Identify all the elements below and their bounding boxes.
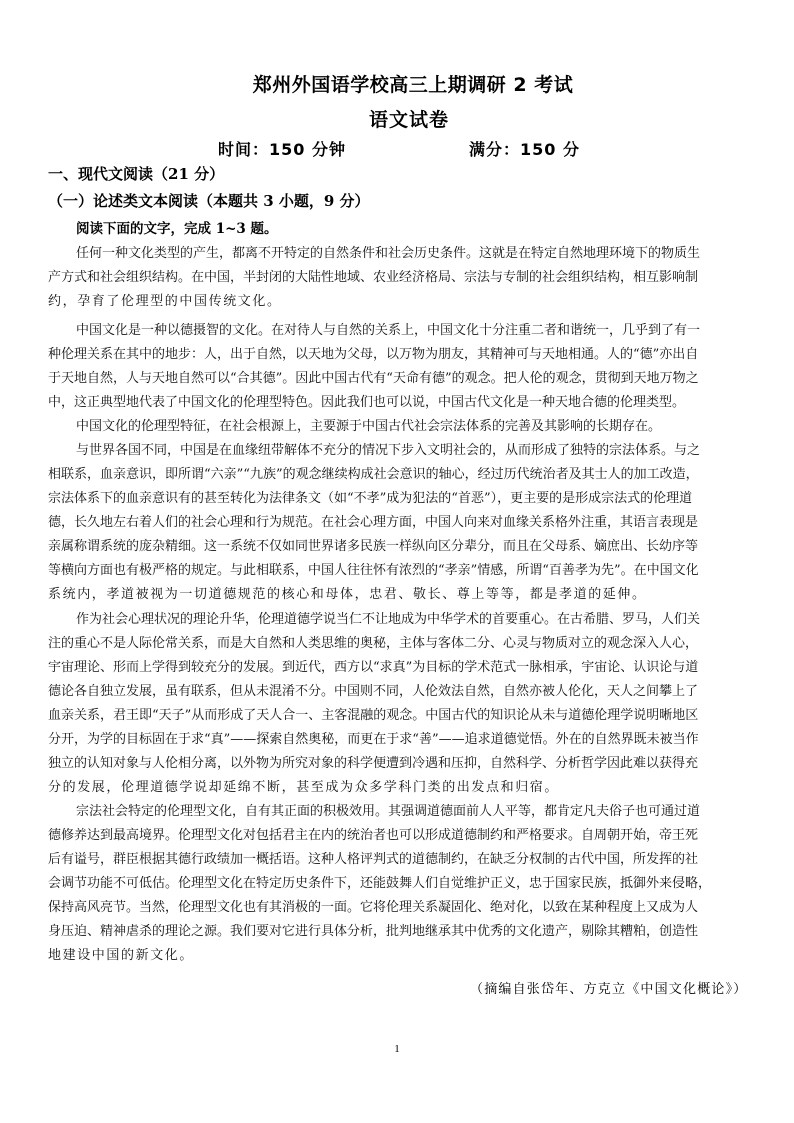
passage-line: 系统内，孝道被视为一切道德规范的核心和母体，忠君、敬长、尊上等等，都是孝道的延伸… (48, 586, 748, 604)
passage-line: 德，长久地左右着人们的社会心理和行为规范。在社会心理方面，中国人向来对血缘关系格… (48, 514, 748, 532)
passage-line: 会调节功能不可低估。伦理型文化在特定历史条件下，还能鼓舞人们自觉维护正义，忠于国… (48, 875, 748, 893)
section-subheading: （一）论述类文本阅读（本题共 3 小题，9 分） (48, 190, 370, 211)
passage-line: 分的发展，伦理道德学说却延绵不断，甚至成为众多学科门类的出发点和归宿。 (48, 779, 748, 797)
passage-line: 中，这正典型地代表了中国文化的伦理型特色。因此我们也可以说，中国古代文化是一种天… (48, 394, 748, 412)
passage-line: 亲属称谓系统的庞杂精细。这一系统不仅如同世界诸多民族一样纵向区分辈分，而且在父母… (48, 538, 748, 556)
passage-line: 中国文化的伦理型特征，在社会根源上，主要源于中国古代社会宗法体系的完善及其影响的… (76, 418, 748, 436)
passage-line: 身压迫、精神虐杀的理论之源。我们要对它进行具体分析，批判地继承其中优秀的文化遗产… (48, 923, 748, 941)
page-number: 1 (0, 1043, 794, 1055)
passage-line: 与世界各国不同，中国是在血缘纽带解体不充分的情况下步入文明社会的，从而形成了独特… (76, 442, 748, 460)
passage-line: 地建设中国的新文化。 (48, 947, 748, 965)
passage-line: 约，孕育了伦理型的中国传统文化。 (48, 293, 748, 311)
passage-line: 德修养达到最高境界。伦理型文化对包括君主在内的统治者也可以形成道德制约和严格要求… (48, 827, 748, 845)
passage-line: 相联系，血亲意识，即所谓“六亲”“九族”的观念继续构成社会意识的轴心，经过历代统… (48, 466, 748, 484)
exam-page: 郑州外国语学校高三上期调研 2 考试 语文试卷 时间：150 分钟 满分：150… (0, 0, 794, 1123)
time-limit: 时间：150 分钟 (218, 137, 346, 160)
passage-line: 任何一种文化类型的产生，都离不开特定的自然条件和社会历史条件。这就是在特定自然地… (76, 245, 748, 263)
passage-line: 宇宙理论、形而上学得到较充分的发展。到近代，西方以“求真”为目标的学术范式一脉相… (48, 659, 748, 677)
passage-line: 后有谥号，群臣根据其德行政绩加一概括语。这种人格评判式的道德制约，在缺乏分权制的… (48, 851, 748, 869)
passage-line: 宗法社会特定的伦理型文化，自有其正面的积极效用。其强调道德面前人人平等，都肯定凡… (76, 803, 748, 821)
passage-line: 宗法体系下的血亲意识有的甚至转化为法律条文（如“不孝”成为犯法的“首恶”），更主… (48, 490, 748, 508)
passage-line: 于天地自然，人与天地自然可以“合其德”。因此中国古代有“天命有德”的观念。把人伦… (48, 370, 748, 388)
passage-line: 血亲关系，君王即“天子”从而形成了天人合一、主客混融的观念。中国古代的知识论从未… (48, 707, 748, 725)
passage-line: 德论各自独立发展，虽有联系，但从未混淆不分。中国则不同，人伦效法自然，自然亦被人… (48, 683, 748, 701)
passage-line: 产方式和社会组织结构。在中国，半封闭的大陆性地域、农业经济格局、宗法与专制的社会… (48, 269, 748, 287)
passage-line: 保持高风亮节。当然，伦理型文化也有其消极的一面。它将伦理关系凝固化、绝对化，以致… (48, 899, 748, 917)
exam-title: 郑州外国语学校高三上期调研 2 考试 (0, 70, 794, 97)
full-score: 满分：150 分 (469, 137, 580, 160)
exam-subtitle: 语文试卷 (0, 105, 794, 132)
passage-source: （摘编自张岱年、方克立《中国文化概论》） (470, 978, 748, 997)
section-heading: 一、现代文阅读（21 分） (48, 163, 224, 184)
passage-line: 独立的认知对象与人伦相分离，以外物为所究对象的科学便遭到冷遇和压抑，自然科学、分… (48, 755, 748, 773)
passage-line: 作为社会心理状况的理论升华，伦理道德学说当仁不让地成为中华学术的首要重心。在古希… (76, 611, 748, 629)
passage-line: 注的重心不是人际伦常关系，而是大自然和人类思维的奥秘，主体与客体二分、心灵与物质… (48, 635, 748, 653)
passage-line: 分开，为学的目标固在于求“真”——探索自然奥秘，而更在于求“善”——追求道德觉悟… (48, 731, 748, 749)
passage-line: 种伦理关系在其中的地步：人，出于自然，以天地为父母，以万物为朋友，其精神可与天地… (48, 346, 748, 364)
passage-line: 中国文化是一种以德摄智的文化。在对待人与自然的关系上，中国文化十分注重二者和谐统… (76, 322, 748, 340)
reading-instruction: 阅读下面的文字，完成 1~3 题。 (76, 217, 278, 237)
passage-line: 等横向方面也有极严格的规定。与此相联系，中国人往往怀有浓烈的“孝亲”情感，所谓“… (48, 562, 748, 580)
